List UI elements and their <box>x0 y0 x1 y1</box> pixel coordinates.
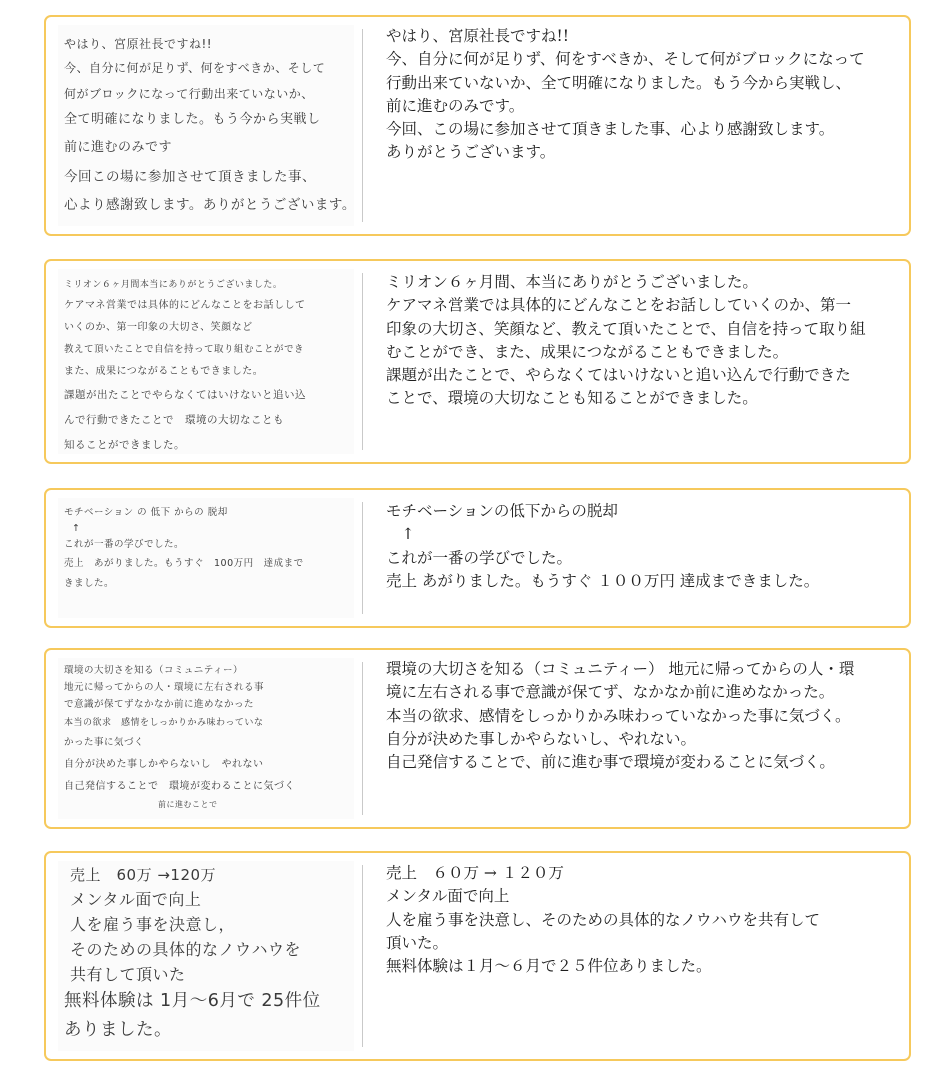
handwritten-line: 自己発信することで 環境が変わることに気づく <box>64 777 348 797</box>
testimonial-card-1: やはり、宮原社長ですね!! 今、自分に何が足りず、何をすべきか、そして 何がブロ… <box>44 15 911 236</box>
transcription-line: 頂いた。 <box>386 932 895 955</box>
handwritten-line: ありました。 <box>64 1016 348 1045</box>
typed-transcription: 環境の大切さを知る（コミュニティー） 地元に帰ってからの人・環 境に左右される事… <box>386 658 895 774</box>
transcription-line: ↑ <box>386 523 895 546</box>
typed-transcription: ミリオン６ヶ月間、本当にありがとうございました。 ケアマネ営業では具体的にどんな… <box>386 271 895 411</box>
handwritten-line: んで行動できたことで 環境の大切なことも <box>64 408 348 433</box>
handwritten-line: ↑ <box>64 522 348 536</box>
testimonial-card-3: モチベーション の 低下 からの 脱却 ↑ これが一番の学びでした。 売上 あが… <box>44 488 911 628</box>
handwritten-line: 売上 60万 →120万 <box>64 863 348 887</box>
column-divider <box>362 29 363 222</box>
handwritten-line: 心より感謝致します。ありがとうございます。 <box>64 191 348 219</box>
handwritten-letter-image: ミリオン６ヶ月間本当にありがとうございました。 ケアマネ営業では具体的にどんなこ… <box>58 269 354 454</box>
handwritten-line: やはり、宮原社長ですね!! <box>64 33 348 55</box>
handwritten-line: 教えて頂いたことで自信を持って取り組むことができ <box>64 339 348 361</box>
transcription-line: 前に進むのみです。 <box>386 95 895 118</box>
handwritten-line: 共有して頂いた <box>64 962 348 987</box>
column-divider <box>362 865 363 1047</box>
handwritten-line: ミリオン６ヶ月間本当にありがとうございました。 <box>64 275 348 295</box>
transcription-line: 売上 あがりました。もうすぐ １００万円 達成まできました。 <box>386 570 895 593</box>
handwritten-line: 前に進むことで <box>64 797 348 813</box>
handwritten-line: 今、自分に何が足りず、何をすべきか、そして <box>64 55 348 81</box>
handwritten-line: で意識が保てずなかなか前に進めなかった <box>64 696 348 713</box>
handwritten-line: 無料体験は 1月～6月で 25件位 <box>64 987 348 1016</box>
transcription-line: 自己発信することで、前に進む事で環境が変わることに気づく。 <box>386 751 895 774</box>
handwritten-line: 自分が決めた事しかやらないし やれない <box>64 753 348 777</box>
transcription-line: ありがとうございます。 <box>386 141 895 164</box>
transcription-line: 境に左右される事で意識が保てず、なかなか前に進めなかった。 <box>386 681 895 704</box>
handwritten-line: メンタル面で向上 <box>64 887 348 912</box>
testimonial-card-4: 環境の大切さを知る（コミュニティー） 地元に帰ってからの人・環境に左右される事 … <box>44 648 911 829</box>
handwritten-letter-image: モチベーション の 低下 からの 脱却 ↑ これが一番の学びでした。 売上 あが… <box>58 498 354 618</box>
transcription-line: ことで、環境の大切なことも知ることができました。 <box>386 387 895 410</box>
transcription-line: 本当の欲求、感情をしっかりかみ味わっていなかった事に気づく。 <box>386 705 895 728</box>
transcription-line: 今、自分に何が足りず、何をすべきか、そして何がブロックになって <box>386 48 895 71</box>
handwritten-line: また、成果につながることもできました。 <box>64 361 348 383</box>
transcription-line: 行動出来ていないか、全て明確になりました。もう今から実戦し、 <box>386 72 895 95</box>
handwritten-line: 人を雇う事を決意し， <box>64 912 348 937</box>
transcription-line: むことができ、また、成果につながることもできました。 <box>386 341 895 364</box>
transcription-line: モチベーションの低下からの脱却 <box>386 500 895 523</box>
transcription-line: 人を雇う事を決意し、そのための具体的なノウハウを共有して <box>386 909 895 932</box>
handwritten-letter-image: やはり、宮原社長ですね!! 今、自分に何が足りず、何をすべきか、そして 何がブロ… <box>58 25 354 226</box>
column-divider <box>362 662 363 815</box>
handwritten-line: 全て明確になりました。もう今から実戦し <box>64 107 348 133</box>
transcription-line: やはり、宮原社長ですね!! <box>386 25 895 48</box>
handwritten-line: 前に進むのみです <box>64 133 348 163</box>
handwritten-line: きました。 <box>64 574 348 594</box>
testimonial-card-5: 売上 60万 →120万 メンタル面で向上 人を雇う事を決意し， そのための具体… <box>44 851 911 1061</box>
handwritten-letter-image: 環境の大切さを知る（コミュニティー） 地元に帰ってからの人・環境に左右される事 … <box>58 658 354 819</box>
transcription-line: メンタル面で向上 <box>386 885 895 908</box>
transcription-line: ミリオン６ヶ月間、本当にありがとうございました。 <box>386 271 895 294</box>
typed-transcription: モチベーションの低下からの脱却 ↑ これが一番の学びでした。 売上 あがりました… <box>386 500 895 593</box>
typed-transcription: 売上 ６０万 → １２０万 メンタル面で向上 人を雇う事を決意し、そのための具体… <box>386 862 895 978</box>
handwritten-line: 環境の大切さを知る（コミュニティー） <box>64 662 348 679</box>
handwritten-letter-image: 売上 60万 →120万 メンタル面で向上 人を雇う事を決意し， そのための具体… <box>58 861 354 1051</box>
handwritten-line: かった事に気づく <box>64 733 348 753</box>
handwritten-line: 何がブロックになって行動出来ていないか、 <box>64 81 348 107</box>
transcription-line: 自分が決めた事しかやらないし、やれない。 <box>386 728 895 751</box>
transcription-line: 今回、この場に参加させて頂きました事、心より感謝致します。 <box>386 118 895 141</box>
handwritten-line: これが一番の学びでした。 <box>64 536 348 554</box>
handwritten-line: 本当の欲求 感情をしっかりかみ味わっていな <box>64 713 348 733</box>
transcription-line: 印象の大切さ、笑顔など、教えて頂いたことで、自信を持って取り組 <box>386 318 895 341</box>
transcription-line: 環境の大切さを知る（コミュニティー） 地元に帰ってからの人・環 <box>386 658 895 681</box>
transcription-line: これが一番の学びでした。 <box>386 547 895 570</box>
handwritten-line: 今回この場に参加させて頂きました事、 <box>64 163 348 191</box>
handwritten-line: そのための具体的なノウハウを <box>64 937 348 962</box>
transcription-line: ケアマネ営業では具体的にどんなことをお話ししていくのか、第一 <box>386 294 895 317</box>
transcription-line: 無料体験は１月～６月で２５件位ありました。 <box>386 955 895 978</box>
testimonial-card-2: ミリオン６ヶ月間本当にありがとうございました。 ケアマネ営業では具体的にどんなこ… <box>44 259 911 464</box>
handwritten-line: ケアマネ営業では具体的にどんなことをお話しして <box>64 295 348 317</box>
column-divider <box>362 502 363 614</box>
handwritten-line: 課題が出たことでやらなくてはいけないと追い込 <box>64 383 348 408</box>
transcription-line: 課題が出たことで、やらなくてはいけないと追い込んで行動できた <box>386 364 895 387</box>
handwritten-line: モチベーション の 低下 からの 脱却 <box>64 504 348 522</box>
handwritten-line: いくのか、第一印象の大切さ、笑顔など <box>64 317 348 339</box>
transcription-line: 売上 ６０万 → １２０万 <box>386 862 895 885</box>
handwritten-line: 地元に帰ってからの人・環境に左右される事 <box>64 679 348 696</box>
handwritten-line: 知ることができました。 <box>64 433 348 454</box>
handwritten-line: 売上 あがりました。もうすぐ 100万円 達成まで <box>64 554 348 574</box>
typed-transcription: やはり、宮原社長ですね!! 今、自分に何が足りず、何をすべきか、そして何がブロッ… <box>386 25 895 165</box>
column-divider <box>362 273 363 450</box>
